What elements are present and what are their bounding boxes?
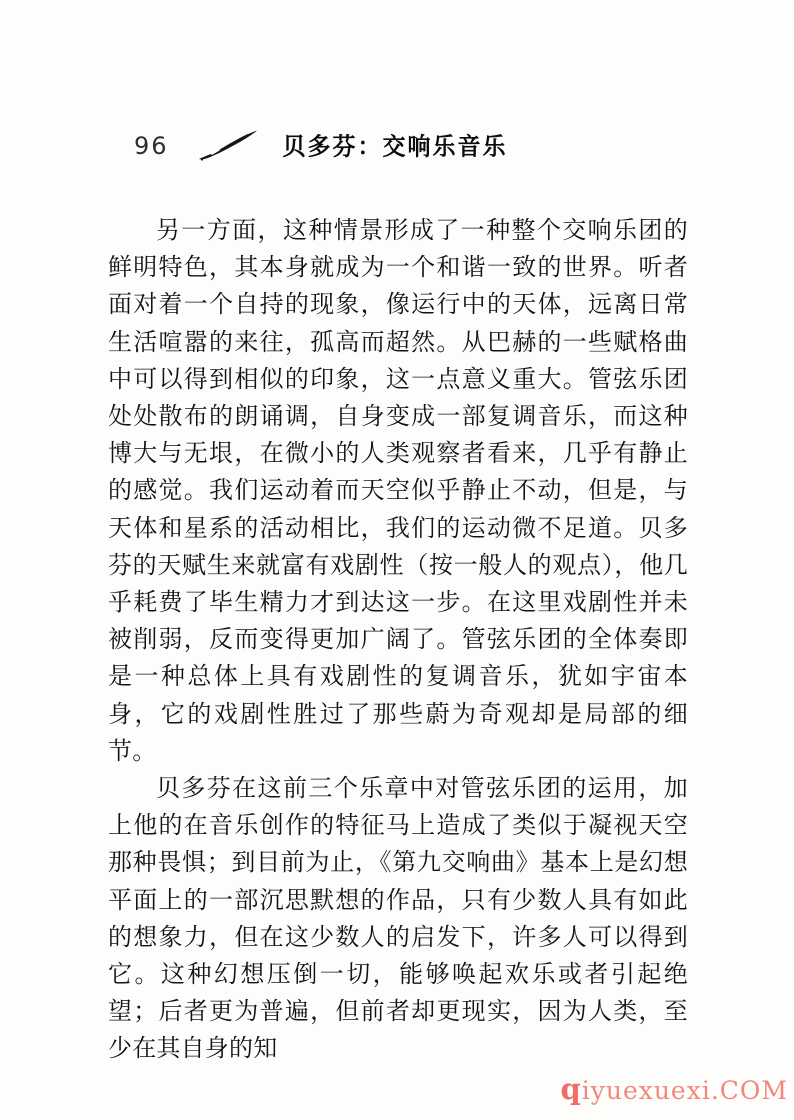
book-page: 96 贝多芬：交响乐音乐 另一方面，这种情景形成了一种整个交响乐团的鲜明特色，其… xyxy=(0,0,794,1120)
page-number: 96 xyxy=(134,134,169,158)
chapter-title: 贝多芬：交响乐音乐 xyxy=(283,134,508,158)
watermark: qiyuexuexi.COM xyxy=(560,1072,788,1107)
paragraph-2: 贝多芬在这前三个乐章中对管弦乐团的运用，加上他的在音乐创作的特征马上造成了类似于… xyxy=(108,770,688,1068)
page-body: 另一方面，这种情景形成了一种整个交响乐团的鲜明特色，其本身就成为一个和谐一致的世… xyxy=(108,212,688,1068)
brush-stroke-icon xyxy=(197,129,261,163)
paragraph-1: 另一方面，这种情景形成了一种整个交响乐团的鲜明特色，其本身就成为一个和谐一致的世… xyxy=(108,212,688,770)
page-header: 96 贝多芬：交响乐音乐 xyxy=(134,126,694,166)
